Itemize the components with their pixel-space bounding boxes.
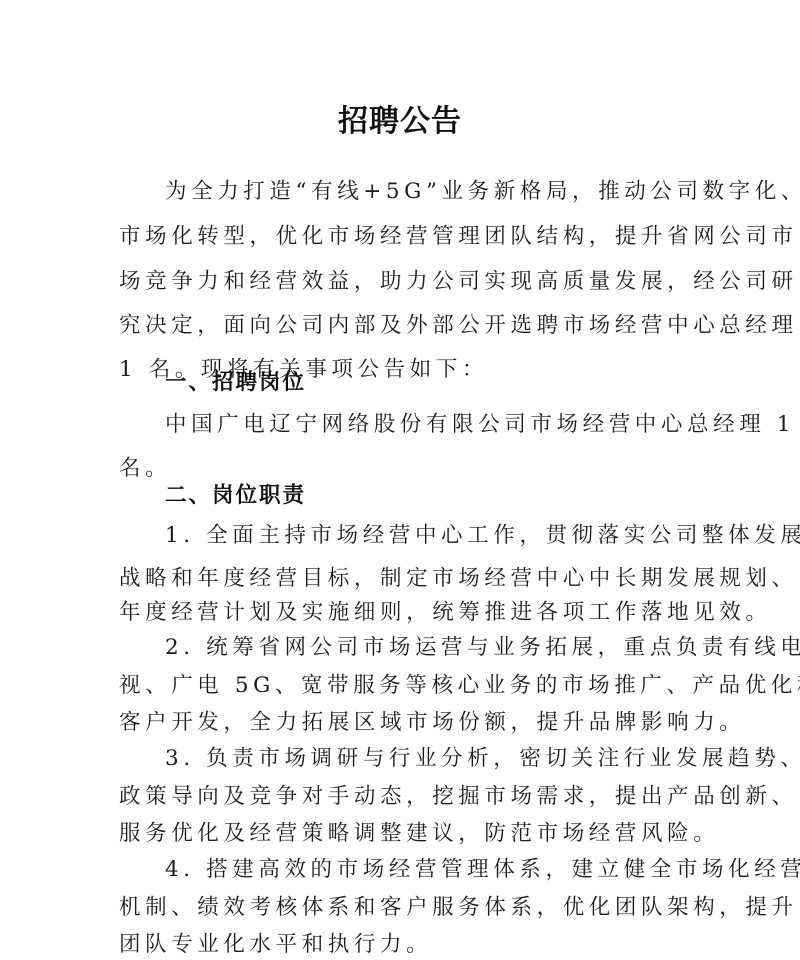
text-line: 机制、绩效考核体系和客户服务体系，优化团队架构，提升 <box>119 893 798 923</box>
text-line: 团队专业化水平和执行力。 <box>119 930 432 960</box>
text-line: 场竞争力和经营效益，助力公司实现高质量发展，经公司研 <box>119 267 798 297</box>
text-line: 4. 搭建高效的市场经营管理体系，建立健全市场化经营 <box>165 855 800 885</box>
section-heading: 一、招聘岗位 <box>165 368 306 398</box>
document-page: 招聘公告 为全力打造“有线+5G”业务新格局，推动公司数字化、 市场化转型，优化… <box>0 0 800 960</box>
text-line: 为全力打造“有线+5G”业务新格局，推动公司数字化、 <box>165 177 800 207</box>
text-line: 市场化转型，优化市场经营管理团队结构，提升省网公司市 <box>119 222 798 252</box>
document-title: 招聘公告 <box>0 96 800 140</box>
text-line: 年度经营计划及实施细则，统筹推进各项工作落地见效。 <box>119 598 772 628</box>
text-line: 2. 统筹省网公司市场运营与业务拓展，重点负责有线电 <box>165 633 800 663</box>
text-line: 服务优化及经营策略调整建议，防范市场经营风险。 <box>119 819 719 849</box>
text-line: 中国广电辽宁网络股份有限公司市场经营中心总经理 1 <box>165 410 795 440</box>
text-line: 客户开发，全力拓展区域市场份额，提升品牌影响力。 <box>119 708 745 738</box>
text-line: 究决定，面向公司内部及外部公开选聘市场经营中心总经理 <box>119 311 798 341</box>
text-line: 视、广电 5G、宽带服务等核心业务的市场推广、产品优化和 <box>119 671 800 701</box>
text-line: 名。 <box>119 454 171 484</box>
text-line: 3. 负责市场调研与行业分析，密切关注行业发展趋势、 <box>165 744 800 774</box>
text-line: 1. 全面主持市场经营中心工作，贯彻落实公司整体发展 <box>165 521 800 551</box>
section-heading: 二、岗位职责 <box>165 481 306 511</box>
text-line: 战略和年度经营目标，制定市场经营中心中长期发展规划、 <box>119 564 798 594</box>
text-line: 政策导向及竞争对手动态，挖掘市场需求，提出产品创新、 <box>119 782 798 812</box>
